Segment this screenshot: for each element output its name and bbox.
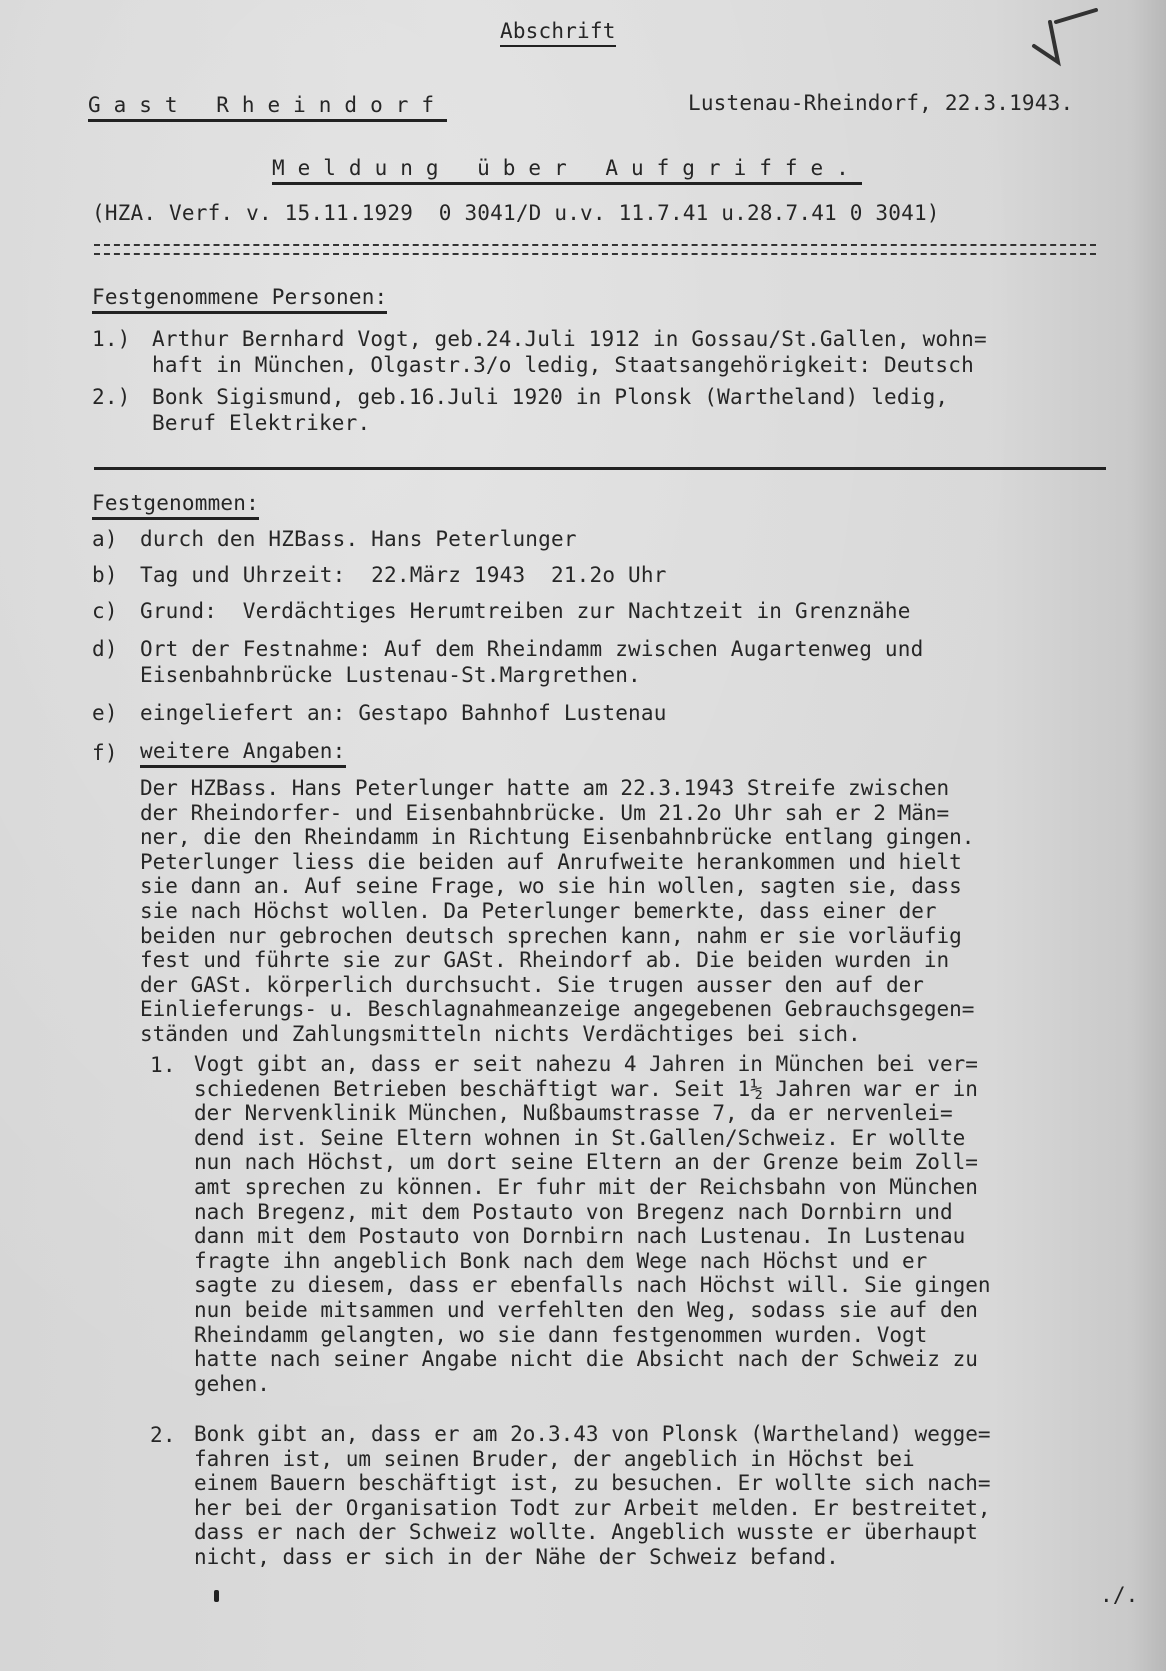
statement-2: Bonk gibt an, dass er am 2o.3.43 von Plo… [194,1422,1154,1570]
document-title: Meldung über Aufgriffe. [272,155,862,185]
sender-office: Gast Rheindorf [88,92,447,122]
arrest-item-d-key: d) [92,636,118,662]
double-rule-divider [94,244,1096,255]
document-heading: Abschrift [500,18,616,47]
statement-line: amt sprechen zu können. Er fuhr mit der … [194,1175,1154,1200]
statement-line: hatte nach seiner Angabe nicht die Absic… [194,1347,1154,1372]
arrest-item-f-key: f) [92,740,118,766]
arrest-item-a-key: a) [92,526,118,552]
narrative-line: der GASt. körperlich durchsucht. Sie tru… [140,973,1150,998]
narrative-line: beiden nur gebrochen deutsch sprechen ka… [140,924,1150,949]
arrest-item-b-key: b) [92,562,118,588]
arrest-item-f-text: weitere Angaben: [140,738,346,768]
statement-line: Bonk gibt an, dass er am 2o.3.43 von Plo… [194,1422,1154,1447]
person-1-line-1: Arthur Bernhard Vogt, geb.24.Juli 1912 i… [152,326,987,352]
statement-line: nun nach Höchst, um dort seine Eltern an… [194,1150,1154,1175]
narrative-line: sie dann an. Auf seine Frage, wo sie hin… [140,874,1150,899]
statement-line: fahren ist, um seinen Bruder, der angebl… [194,1447,1154,1472]
arrest-item-c-text: Grund: Verdächtiges Herumtreiben zur Nac… [140,598,911,624]
narrative-line: Einlieferungs- u. Beschlagnahmeanzeige a… [140,997,1150,1022]
statement-line: fragte ihn angeblich Bonk nach dem Wege … [194,1249,1154,1274]
person-2-number: 2.) [92,384,131,410]
statement-line: der Nervenklinik München, Nußbaumstrasse… [194,1101,1154,1126]
statement-line: nicht, dass er sich in der Nähe der Schw… [194,1545,1154,1570]
narrative-line: ner, die den Rheindamm in Richtung Eisen… [140,825,1150,850]
person-2-line-2: Beruf Elektriker. [152,410,370,436]
arrest-item-a-text: durch den HZBass. Hans Peterlunger [140,526,577,552]
arrest-item-e-key: e) [92,700,118,726]
arrest-item-b-text: Tag und Uhrzeit: 22.März 1943 21.2o Uhr [140,562,667,588]
statement-line: schiedenen Betrieben beschäftigt war. Se… [194,1077,1154,1102]
statement-line: dend ist. Seine Eltern wohnen in St.Gall… [194,1126,1154,1151]
document-page: Abschrift Gast Rheindorf Lustenau-Rheind… [0,0,1166,1671]
statement-line: Vogt gibt an, dass er seit nahezu 4 Jahr… [194,1052,1154,1077]
statement-line: einem Bauern beschäftigt ist, zu besuche… [194,1471,1154,1496]
statement-1-number: 1. [150,1052,176,1078]
arrest-item-d-line-1: Ort der Festnahme: Auf dem Rheindamm zwi… [140,636,923,662]
narrative-line: Der HZBass. Hans Peterlunger hatte am 22… [140,776,1150,801]
arrest-item-c-key: c) [92,598,118,624]
statement-line: nun beide mitsammen und verfehlten den W… [194,1298,1154,1323]
statement-1: Vogt gibt an, dass er seit nahezu 4 Jahr… [194,1052,1154,1396]
statement-2-number: 2. [150,1422,176,1448]
statement-line: dass er nach der Schweiz wollte. Angebli… [194,1520,1154,1545]
continuation-mark: ./. [1100,1582,1139,1608]
person-1-number: 1.) [92,326,131,352]
person-1-line-2: haft in München, Olgastr.3/o ledig, Staa… [152,352,974,378]
narrative-line: ständen und Zahlungsmitteln nichts Verdä… [140,1022,1150,1047]
statement-line: dann mit dem Postauto von Dornbirn nach … [194,1224,1154,1249]
handwritten-checkmark-icon [1030,8,1100,68]
narrative-line: sie nach Höchst wollen. Da Peterlunger b… [140,899,1150,924]
arrest-item-e-text: eingeliefert an: Gestapo Bahnhof Lustena… [140,700,667,726]
statement-line: Rheindamm gelangten, wo sie dann festgen… [194,1323,1154,1348]
persons-section-label: Festgenommene Personen: [92,284,387,314]
narrative-line: der Rheindorfer- und Eisenbahnbrücke. Um… [140,801,1150,826]
ink-spot [214,1590,219,1602]
report-narrative: Der HZBass. Hans Peterlunger hatte am 22… [140,776,1150,1047]
statement-line: her bei der Organisation Todt zur Arbeit… [194,1496,1154,1521]
statement-line: sagte zu diesem, dass er ebenfalls nach … [194,1273,1154,1298]
narrative-line: Peterlunger liess die beiden auf Anrufwe… [140,850,1150,875]
statement-line: nach Bregenz, mit dem Postauto von Brege… [194,1200,1154,1225]
arrest-section-label: Festgenommen: [92,490,259,520]
section-divider [94,467,1106,470]
statement-line: gehen. [194,1372,1154,1397]
narrative-line: fest und führte sie zur GASt. Rheindorf … [140,948,1150,973]
person-2-line-1: Bonk Sigismund, geb.16.Juli 1920 in Plon… [152,384,948,410]
place-date: Lustenau-Rheindorf, 22.3.1943. [688,90,1073,116]
reference-line: (HZA. Verf. v. 15.11.1929 0 3041/D u.v. … [92,200,940,226]
arrest-item-d-line-2: Eisenbahnbrücke Lustenau-St.Margrethen. [140,662,641,688]
